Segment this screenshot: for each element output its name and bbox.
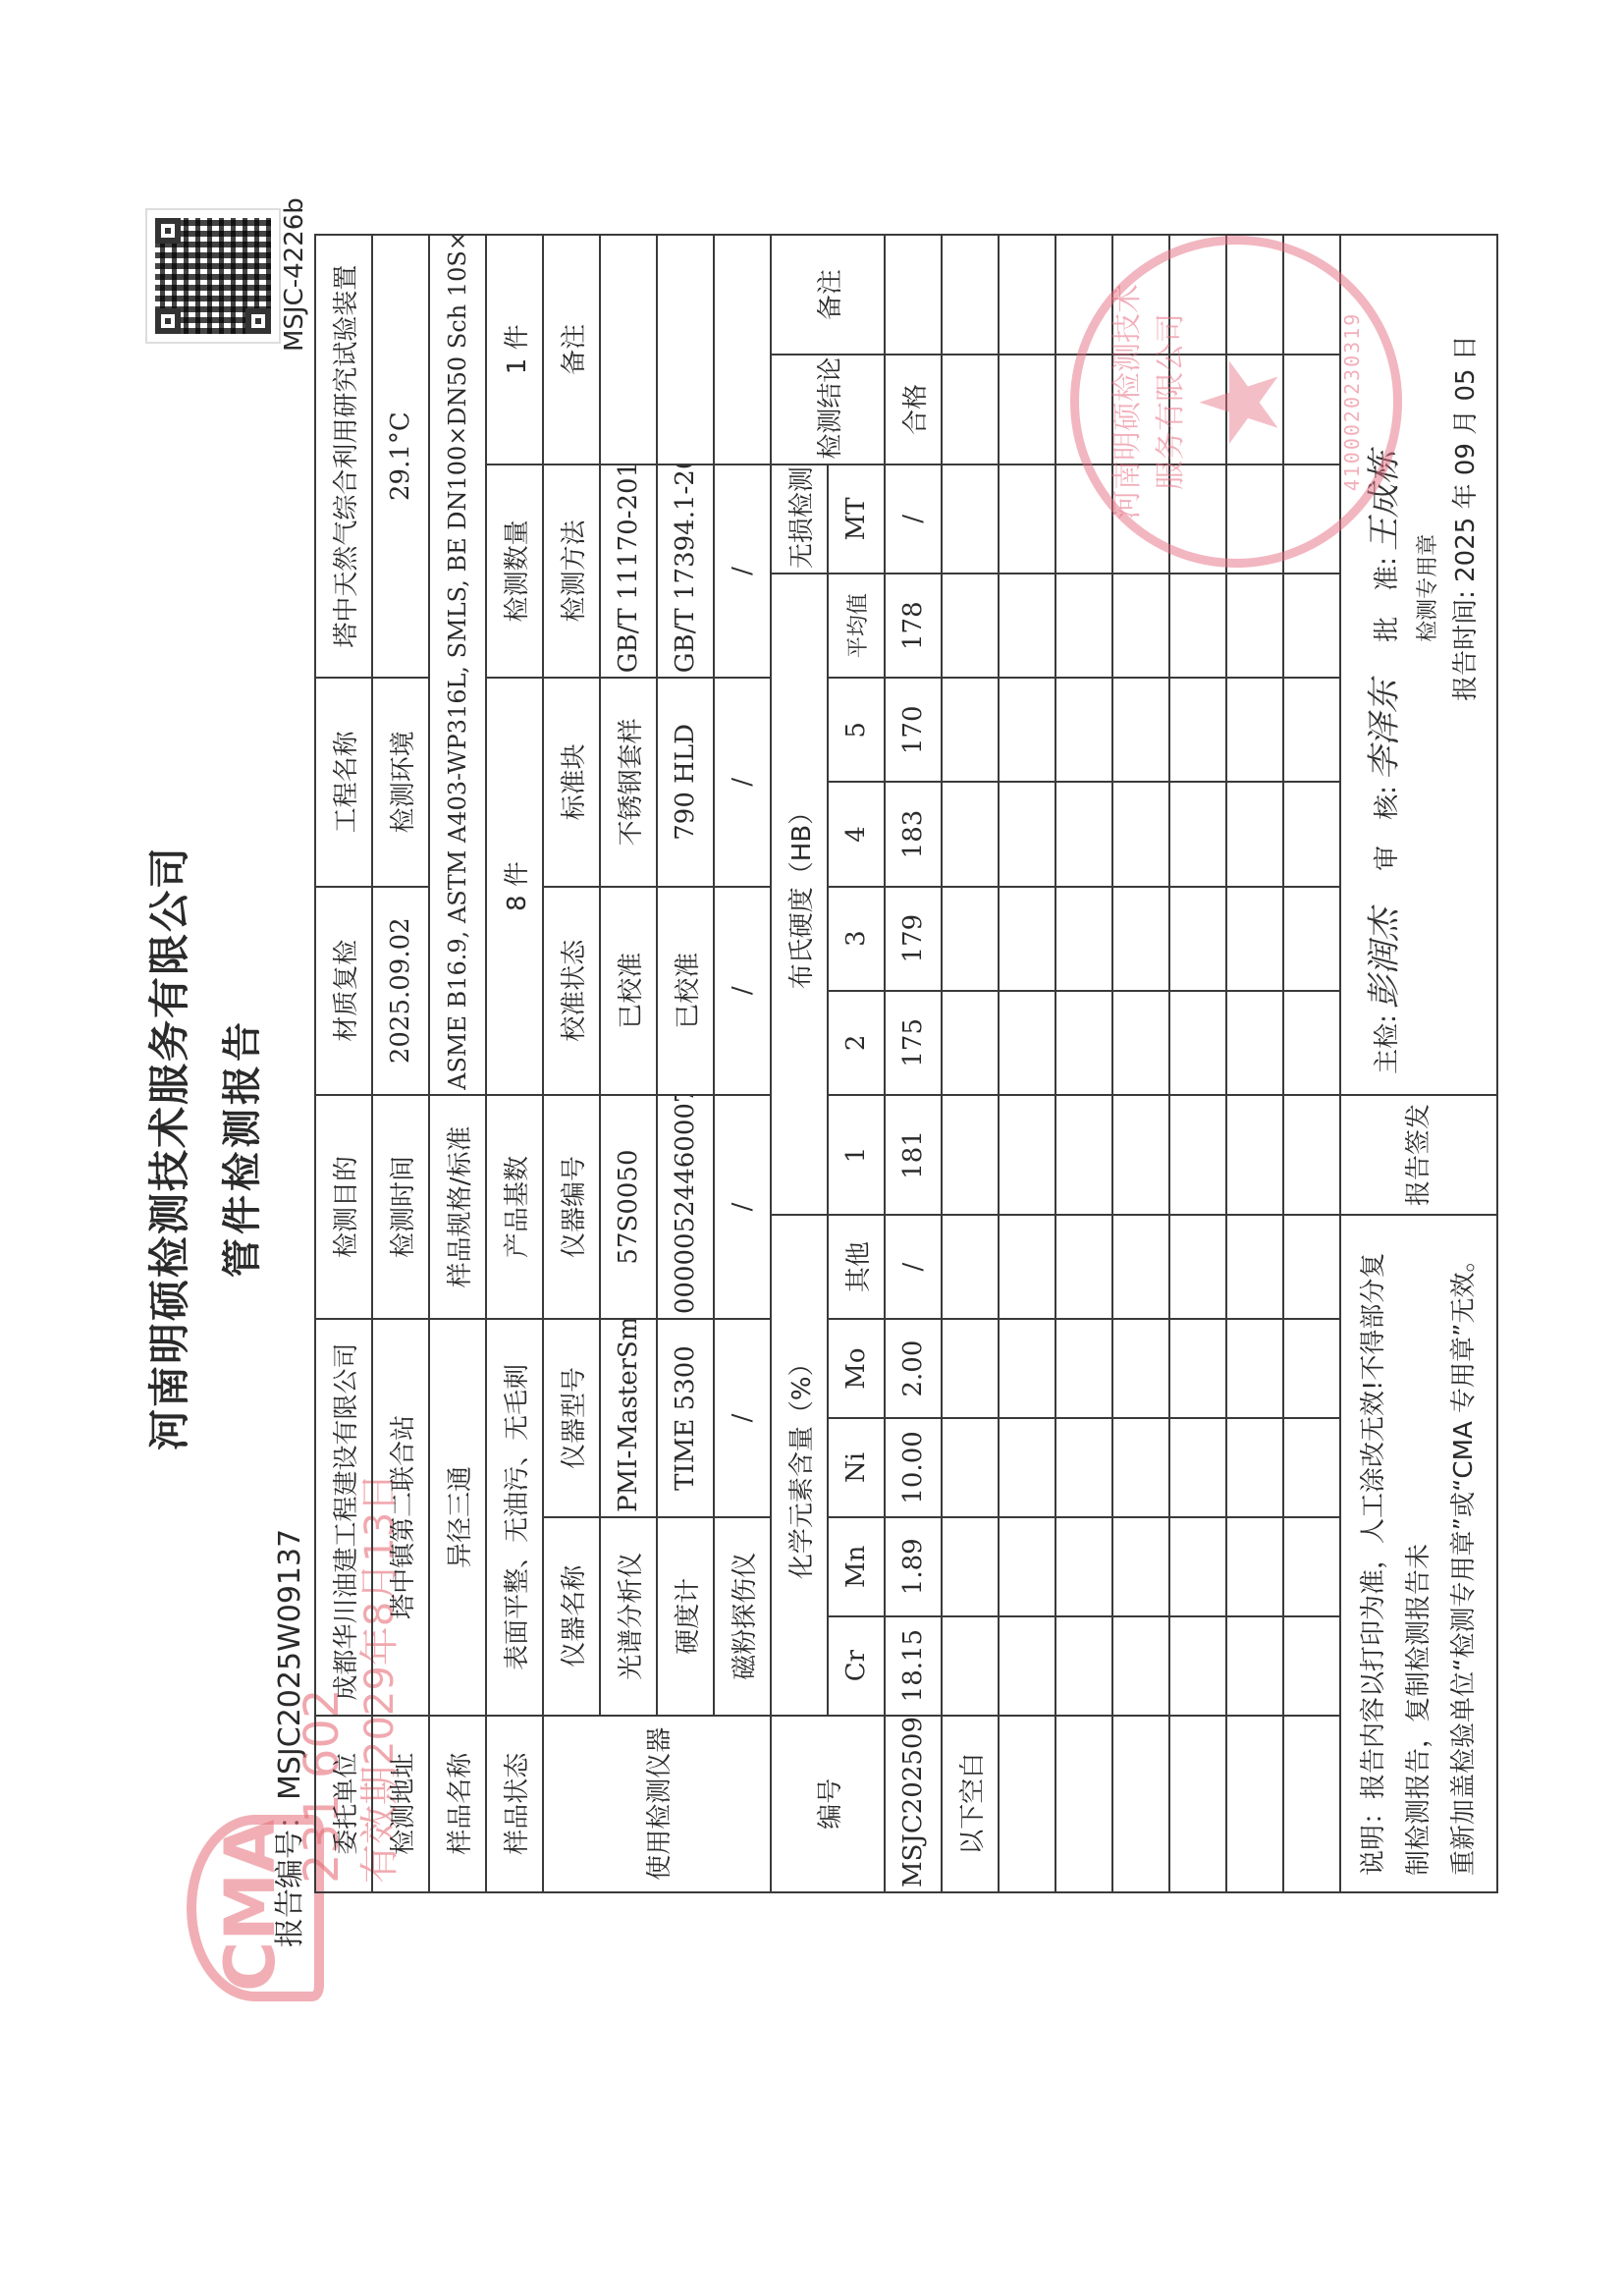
report-date: 2025 年 09 月 05 日 <box>1451 335 1481 582</box>
instrument-name: 磁粉探伤仪 <box>714 1517 771 1716</box>
instruments-group-label: 使用检测仪器 <box>543 1716 771 1892</box>
instrument-remark <box>714 235 771 465</box>
site-label: 检测地址 <box>372 1716 429 1892</box>
instrument-model: PMI-MasterSmart <box>600 1319 657 1517</box>
site-value: 塔中镇第二联合站 <box>372 1319 429 1715</box>
company-name: 河南明硕检测技术服务有限公司 <box>137 0 196 2296</box>
instruments-header-row: 使用检测仪器 仪器名称 仪器型号 仪器编号 校准状态 标准块 检测方法 备注 <box>543 235 600 1892</box>
hb-col-1: 1 <box>828 1095 885 1215</box>
result-hb-avg: 178 <box>885 574 942 678</box>
seal-label: 检测专用章 <box>1416 534 1440 642</box>
result-hb-5: 170 <box>885 678 942 782</box>
results-sub-header: Cr Mn Ni Mo 其他 1 2 3 4 5 平均值 MT <box>828 235 885 1892</box>
inspector-signature: 彭润杰 <box>1357 908 1405 1009</box>
hb-group-label: 布氏硬度（HB） <box>771 574 828 1215</box>
date-label: 检测时间 <box>372 1095 429 1319</box>
project-label: 工程名称 <box>315 678 372 886</box>
instrument-calibration: 已校准 <box>600 887 657 1095</box>
result-id: MSJC202509137 <box>885 1716 942 1892</box>
instrument-method: GB/T 17394.1-2014 <box>657 465 714 679</box>
instrument-block: 790 HLD <box>657 678 714 886</box>
state-label: 样品状态 <box>486 1716 543 1892</box>
instrument-calibration: 已校准 <box>657 887 714 1095</box>
info-row-site: 检测地址 塔中镇第二联合站 检测时间 2025.09.02 检测环境 29.1°… <box>372 235 429 1892</box>
id-col-label: 编号 <box>771 1716 885 1892</box>
instrument-name: 硬度计 <box>657 1517 714 1716</box>
results-group-header: 编号 化学元素含量（%） 布氏硬度（HB） 无损检测 检测结论 备注 <box>771 235 828 1892</box>
base-value: 8 件 <box>486 678 543 1095</box>
inspector-label: 主检: <box>1373 1014 1402 1074</box>
instrument-row: 硬度计 TIME 5300 000005244600078 已校准 790 HL… <box>657 235 714 1892</box>
result-conclusion: 合格 <box>885 355 942 464</box>
instrument-block: 不锈钢套样 <box>600 678 657 886</box>
instrument-serial: 000005244600078 <box>657 1095 714 1319</box>
chem-col-other: 其他 <box>828 1215 885 1319</box>
result-mn: 1.89 <box>885 1517 942 1616</box>
chem-col-mo: Mo <box>828 1319 885 1418</box>
sample-name-value: 异径三通 <box>429 1319 486 1715</box>
instrument-serial: 57S0050 <box>600 1095 657 1319</box>
result-hb-3: 179 <box>885 887 942 991</box>
env-value: 29.1°C <box>372 235 429 678</box>
spec-label: 样品规格/标准 <box>429 1095 486 1319</box>
result-cr: 18.15 <box>885 1616 942 1716</box>
blank-note: 以下空白 <box>942 1716 999 1892</box>
result-hb-4: 183 <box>885 782 942 886</box>
blank-note-row: 以下空白 <box>942 235 999 1892</box>
inspector: 主检:彭润杰 <box>1357 908 1405 1074</box>
hb-col-3: 3 <box>828 887 885 991</box>
instrument-col-name: 仪器名称 <box>543 1517 600 1716</box>
spec-value: ASME B16.9, ASTM A403-WP316L, SMLS, BE D… <box>429 235 486 1095</box>
state-value: 表面平整、无油污、无毛刺 <box>486 1319 543 1715</box>
info-row-client: 委托单位 成都华川油建工程建设有限公司 检测目的 材质复检 工程名称 塔中天然气… <box>315 235 372 1892</box>
instrument-col-block: 标准块 <box>543 678 600 886</box>
info-row-sample: 样品名称 异径三通 样品规格/标准 ASME B16.9, ASTM A403-… <box>429 235 486 1892</box>
seal-star-icon: ★ <box>1177 354 1303 451</box>
reviewer-signature: 李泽东 <box>1357 680 1405 780</box>
instrument-calibration: / <box>714 887 771 1095</box>
instrument-row: 磁粉探伤仪 / / / / / <box>714 235 771 1892</box>
instrument-model: / <box>714 1319 771 1517</box>
result-remark <box>885 235 942 355</box>
purpose-label: 检测目的 <box>315 1095 372 1319</box>
chem-col-cr: Cr <box>828 1616 885 1716</box>
result-row: MSJC202509137 18.15 1.89 10.00 2.00 / 18… <box>885 235 942 1892</box>
instrument-serial: / <box>714 1095 771 1319</box>
chem-col-ni: Ni <box>828 1418 885 1517</box>
result-hb-1: 181 <box>885 1095 942 1215</box>
instrument-remark <box>600 235 657 465</box>
footer-note-line-2: 重新加盖检验单位“检测专用章”或“CMA 专用章”无效。 <box>1441 1231 1487 1876</box>
client-value: 成都华川油建工程建设有限公司 <box>315 1319 372 1715</box>
instrument-col-method: 检测方法 <box>543 465 600 679</box>
instrument-col-model: 仪器型号 <box>543 1319 600 1517</box>
conclusion-label: 检测结论 <box>771 355 885 464</box>
instrument-model: TIME 5300 <box>657 1319 714 1517</box>
seal-ring-text: 河南明硕检测技术服务有限公司 <box>1103 274 1189 529</box>
chem-col-mn: Mn <box>828 1517 885 1616</box>
result-hb-2: 175 <box>885 991 942 1095</box>
seal-number: 4100020230319 <box>1340 274 1364 529</box>
instrument-row: 光谱分析仪 PMI-MasterSmart 57S0050 已校准 不锈钢套样 … <box>600 235 657 1892</box>
chem-group-label: 化学元素含量（%） <box>771 1215 828 1716</box>
info-row-state: 样品状态 表面平整、无油污、无毛刺 产品基数 8 件 检测数量 1 件 <box>486 235 543 1892</box>
issue-label: 报告签发 <box>1340 1095 1497 1215</box>
report-date-label: 报告时间: <box>1451 590 1481 701</box>
hb-col-avg: 平均值 <box>828 574 885 678</box>
result-ni: 10.00 <box>885 1418 942 1517</box>
empty-row <box>999 235 1055 1892</box>
result-mt: / <box>885 465 942 574</box>
remark-label: 备注 <box>771 235 885 355</box>
report-page: 河南明硕检测技术服务有限公司 管件检测报告 MSJC-4226b 报告编号：MS… <box>0 0 1623 2296</box>
base-label: 产品基数 <box>486 1095 543 1319</box>
instrument-name: 光谱分析仪 <box>600 1517 657 1716</box>
reviewer-label: 审 核: <box>1373 786 1402 871</box>
instrument-col-remark: 备注 <box>543 235 600 465</box>
qty-value: 1 件 <box>486 235 543 465</box>
reviewer: 审 核:李泽东 <box>1357 680 1405 871</box>
hb-col-2: 2 <box>828 991 885 1095</box>
footer-note-line-1: 说明：报告内容以打印为准，人工涂改无效!不得部分复制检测报告，复制检测报告未 <box>1351 1231 1441 1876</box>
date-value: 2025.09.02 <box>372 887 429 1095</box>
approver-label: 批 准: <box>1373 557 1402 642</box>
instrument-method: / <box>714 465 771 679</box>
qr-code-icon <box>147 210 279 342</box>
form-code: MSJC-4226b <box>280 197 309 352</box>
project-value: 塔中天然气综合利用研究试验装置 <box>315 235 372 678</box>
instrument-col-serial: 仪器编号 <box>543 1095 600 1319</box>
client-label: 委托单位 <box>315 1716 372 1892</box>
instrument-remark <box>657 235 714 465</box>
company-seal-icon: 河南明硕检测技术服务有限公司 ★ 4100020230319 <box>1070 236 1402 568</box>
result-other: / <box>885 1215 942 1319</box>
instrument-block: / <box>714 678 771 886</box>
env-label: 检测环境 <box>372 678 429 886</box>
hb-col-4: 4 <box>828 782 885 886</box>
footer-note: 说明：报告内容以打印为准，人工涂改无效!不得部分复制检测报告，复制检测报告未 重… <box>1340 1215 1497 1892</box>
hb-col-5: 5 <box>828 678 885 782</box>
instrument-method: GB/T 11170-2018 <box>600 465 657 679</box>
qty-label: 检测数量 <box>486 465 543 679</box>
ndt-col-mt: MT <box>828 465 885 574</box>
sample-name-label: 样品名称 <box>429 1716 486 1892</box>
ndt-group-label: 无损检测 <box>771 465 828 574</box>
purpose-value: 材质复检 <box>315 887 372 1095</box>
instrument-col-calibration: 校准状态 <box>543 887 600 1095</box>
result-mo: 2.00 <box>885 1319 942 1418</box>
